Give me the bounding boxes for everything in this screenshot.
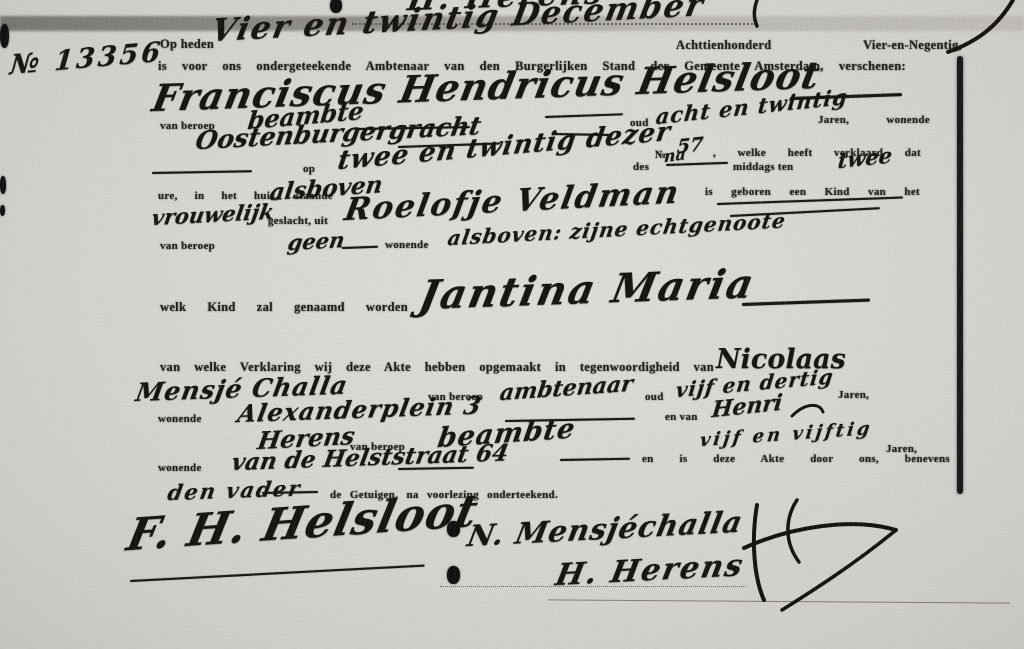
witness1-beroep: ambtenaar	[498, 371, 635, 407]
witness1-jaren-label: Jaren,	[838, 389, 869, 401]
witness2-wonende-label: wonende	[158, 462, 202, 474]
middags-label: middags ten	[733, 161, 793, 173]
witness1-wonende-label: wonende	[158, 413, 202, 425]
des-label: des	[633, 161, 649, 173]
ink-blot	[447, 566, 460, 584]
pen-dash	[152, 170, 252, 174]
geslacht-label: geslacht, uit	[268, 215, 328, 227]
mother-beroep-label: van beroep	[160, 240, 215, 252]
printed-year: Achttienhonderd Vier-en-Negentig,	[676, 38, 962, 53]
pen-dash	[398, 467, 474, 470]
wonende-label: wonende	[385, 239, 429, 251]
en-van-label: en van	[665, 411, 698, 423]
page-edge-line	[957, 56, 963, 494]
witness2-age: vijf en vijftig	[699, 418, 874, 451]
witness1-oud-label: oud	[645, 391, 664, 403]
pen-dash	[742, 299, 870, 306]
mother-beroep: geen	[286, 227, 347, 255]
witness1-signature: N. Mensjéchalla	[465, 504, 746, 553]
pen-dash	[342, 246, 378, 249]
jaren-wonende-label: Jaren, wonende	[818, 114, 930, 126]
edge-ink-blot	[0, 176, 6, 194]
pen-dash	[545, 113, 623, 118]
pen-dash	[560, 458, 630, 461]
op-label: op	[303, 163, 315, 175]
naming-label: welk Kind zal genaamd worden	[160, 300, 408, 315]
scanned-birth-record: H. Herens № 13356 Op heden Vier en twint…	[0, 0, 1024, 649]
handwritten-date: Vier en twintig December	[208, 0, 707, 49]
ink-blot	[447, 521, 460, 537]
op-heden-label: Op heden	[160, 37, 214, 52]
edge-ink-blot	[0, 205, 5, 216]
signature-baseline	[548, 599, 1010, 603]
child-gender: vrouwelijk	[150, 198, 276, 230]
edge-ink-blot	[0, 24, 9, 48]
child-name: Jantina Maria	[415, 260, 759, 319]
signature-underline	[130, 565, 425, 582]
closing-right-label: en is deze Akte door ons, benevens	[642, 453, 950, 465]
birth-hour: twee	[837, 142, 894, 173]
registry-number: № 13356	[9, 36, 165, 81]
